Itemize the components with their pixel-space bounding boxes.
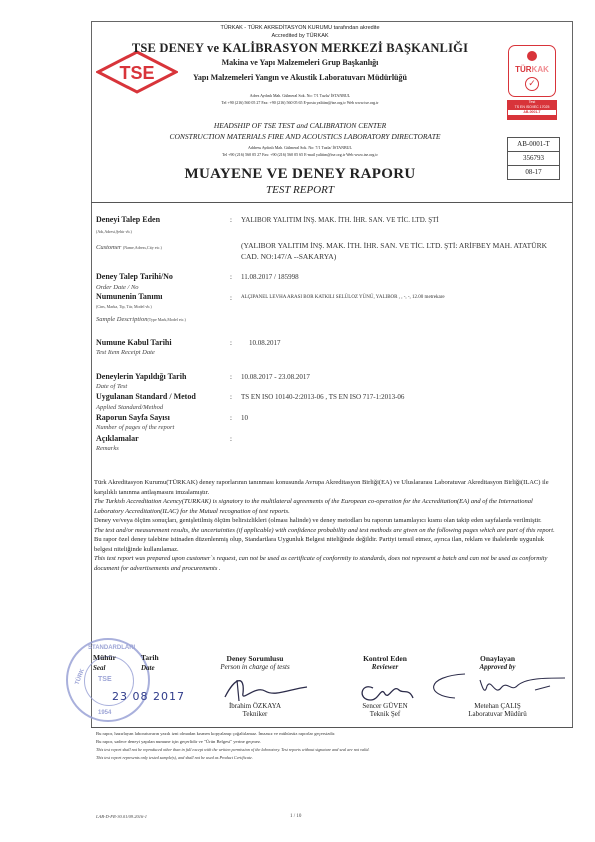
- reviewer-signature: [355, 680, 415, 704]
- reviewer-signature-block: Kontrol Eden Reviewer: [335, 654, 435, 671]
- official-seal-stamp: STANDARDLARI TÜRK TSE 1954: [66, 638, 150, 722]
- check-icon: ✓: [525, 77, 539, 91]
- approver-signature-block: Onaylayan Approved by: [440, 654, 555, 671]
- accreditation-tr: TÜRKAK - TÜRK AKREDİTASYON KURUMU tarafı…: [130, 25, 470, 31]
- contact-tr: Tel +90 (216) 560 05 27 Fax: +90 (216) 5…: [130, 100, 470, 105]
- colon: :: [230, 273, 232, 281]
- pages-label: Raporun Sayfa Sayısı: [96, 413, 170, 422]
- customer-label-en: Customer (Name,Adress,City etc.): [96, 244, 162, 251]
- remarks-label: Açıklamalar: [96, 434, 139, 443]
- footer-note-2: Bu rapor, sadece deneyi yapılan numune i…: [96, 739, 261, 744]
- colon: :: [230, 339, 232, 347]
- frame-top-border: [91, 21, 573, 22]
- tester-signature: [215, 675, 310, 705]
- test-date-label: Deneylerin Yapıldığı Tarih: [96, 372, 186, 381]
- approver-role: Laboratuvar Müdürü: [440, 710, 555, 718]
- accreditation-code: AB-0001-T: [507, 137, 560, 152]
- report-title: MUAYENE VE DENEY RAPORU: [130, 166, 470, 183]
- pages-value: 10: [241, 414, 248, 422]
- colon: :: [230, 435, 232, 443]
- page-number: 1 / 10: [290, 814, 301, 819]
- pages-label-en: Number of pages of the report: [96, 424, 174, 431]
- test-date-label-en: Date of Test: [96, 383, 127, 390]
- seal-label: Mühür: [93, 653, 116, 662]
- footer-note-1: Bu rapor, hazırlayan laboratuvarın yazıl…: [96, 731, 335, 736]
- tester-signature-block: Deney Sorumlusu Person in charge of test…: [200, 654, 310, 671]
- remarks-label-en: Remarks: [96, 445, 119, 452]
- lab-name-en: CONSTRUCTION MATERIALS FIRE AND ACOUSTIC…: [110, 132, 500, 141]
- colon: :: [230, 393, 232, 401]
- report-date-code: 08-17: [507, 165, 560, 180]
- colon: :: [230, 373, 232, 381]
- lab-name-tr: Yapı Malzemeleri Yangın ve Akustik Labor…: [130, 73, 470, 82]
- turkak-accreditation-band: Test TS EN ISO/IEC 17025 AB-0001-T: [507, 100, 557, 120]
- report-number: 356793: [507, 151, 560, 166]
- contact-en: Tel +90 (216) 560 05 27 Fax: +90 (216) 5…: [130, 152, 470, 157]
- report-subtitle: TEST REPORT: [130, 184, 470, 196]
- group-name-tr: Makina ve Yapı Malzemeleri Grup Başkanlı…: [130, 58, 470, 67]
- address-tr: Adres Aydınlı Mah. Gülmeral Sok. No: 7/1…: [130, 93, 470, 98]
- receipt-value: 10.08.2017: [249, 339, 281, 347]
- colon: :: [230, 414, 232, 422]
- seal-label-en: Seal: [93, 664, 105, 672]
- tester-name: İbrahim ÖZKAYA: [200, 702, 310, 710]
- org-name-tr: TSE DENEY ve KALİBRASYON MERKEZİ BAŞKANL…: [110, 41, 490, 56]
- address-en: Address Aydınlı Mah. Gülmeral Sok. No: 7…: [130, 145, 470, 150]
- order-label-en: Order Date / No: [96, 284, 139, 291]
- crescent-icon: [527, 51, 537, 61]
- accreditation-en: Accredited by TÜRKAK: [130, 33, 470, 39]
- customer-label: Deneyi Talep Eden: [96, 215, 160, 224]
- approver-name: Metehan ÇALIŞ: [440, 702, 555, 710]
- accreditation-statement: Türk Akreditasyon Kurumu(TÜRKAK) deney r…: [94, 478, 564, 573]
- turkak-logo: TÜRKAK ✓: [508, 45, 556, 97]
- standard-label: Uygulanan Standard / Metod: [96, 392, 196, 401]
- sample-value: ALÇIPANEL LEVHA ARASI BOR KATKILI SELÜLO…: [241, 295, 445, 300]
- standard-label-en: Applied Standard/Method: [96, 404, 163, 411]
- frame-left-border: [91, 21, 92, 728]
- footer-note-2-en: This test report represents only tested …: [96, 755, 253, 760]
- date-label-en: Date: [141, 664, 155, 672]
- receipt-label: Numune Kabul Tarihi: [96, 338, 172, 347]
- approver-signature: [425, 670, 570, 702]
- footer-note-1-en: This test report shall not be reproduced…: [96, 747, 370, 752]
- handwritten-date: 23 08 2017: [112, 690, 185, 703]
- receipt-label-en: Test Item Receipt Date: [96, 349, 155, 356]
- reviewer-role: Teknik Şef: [335, 710, 435, 718]
- frame-right-border: [572, 21, 573, 728]
- sample-label: Numunenin Tanımı: [96, 292, 162, 301]
- tse-logo: TSE: [96, 50, 178, 94]
- form-code: LAB-D-FR-30.01/09.2016-1: [96, 814, 147, 819]
- customer-full-value: (YALIBOR YALITIM İNŞ. MAK. İTH. İHR. SAN…: [241, 240, 561, 262]
- order-label: Deney Talep Tarihi/No: [96, 272, 173, 281]
- colon: :: [230, 294, 232, 302]
- tester-role: Tekniker: [200, 710, 310, 718]
- reviewer-name: Sencer GÜVEN: [335, 702, 435, 710]
- sample-label-en: Sample Description(Type Mark,Model etc.): [96, 316, 186, 323]
- colon: :: [230, 216, 232, 224]
- header-divider: [91, 202, 573, 203]
- signature-divider: [91, 727, 573, 728]
- order-value: 11.08.2017 / 185998: [241, 273, 299, 281]
- customer-value: YALIBOR YALITIM İNŞ. MAK. İTH. İHR. SAN.…: [241, 216, 439, 224]
- sample-hint: (Cins, Marka, Tip, Tür, Model vb.): [96, 304, 152, 309]
- standard-value: TS EN ISO 10140-2:2013-06 , TS EN ISO 71…: [241, 393, 404, 401]
- date-label: Tarih: [141, 653, 159, 662]
- org-name-en: HEADSHIP OF TSE TEST and CALIBRATION CEN…: [130, 121, 470, 130]
- customer-hint: (Adı,Adresi,Şehir vb.): [96, 229, 132, 234]
- test-date-value: 10.08.2017 - 23.08.2017: [241, 373, 310, 381]
